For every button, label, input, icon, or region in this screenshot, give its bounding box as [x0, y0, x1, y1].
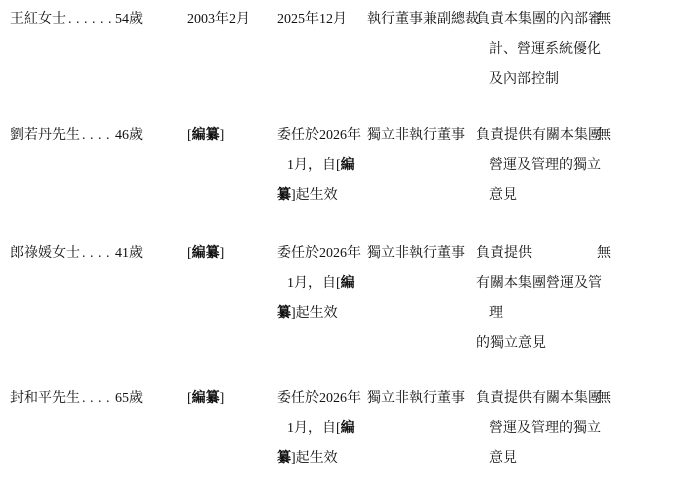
position-cell: 執行董事兼副總裁	[367, 5, 476, 35]
responsibility-line: 有關本集團營運及管	[476, 269, 597, 299]
responsibility-line: 負責本集團的內部審	[476, 5, 597, 35]
appointment-date-cell: 委任於2026年 1月，自[編 纂]起生效	[277, 384, 367, 474]
leader-dots: ....	[82, 128, 114, 143]
appointment-line: 委任於2026年	[277, 239, 367, 269]
redacted-placeholder: 編纂	[192, 246, 220, 261]
responsibility-line: 負責提供有關本集團	[476, 384, 597, 414]
responsibility-line: 的獨立意見	[476, 329, 597, 359]
other-cell: 無	[597, 239, 686, 269]
director-age: 54歲	[115, 5, 187, 35]
date-joined-cell: [編纂]	[187, 239, 277, 269]
table-row: 王紅女士...... 54歲 2003年2月 2025年12月 執行董事兼副總裁…	[0, 5, 686, 95]
director-name: 郎祿媛女士....	[10, 239, 115, 269]
director-name-text: 劉若丹先生	[10, 128, 80, 143]
redacted-placeholder: 纂	[277, 306, 291, 321]
date-joined-cell: [編纂]	[187, 121, 277, 151]
responsibility-line: 負責提供	[476, 239, 597, 269]
bracket-close: ]	[220, 128, 225, 143]
appointment-text: ]起生效	[291, 451, 338, 466]
appointment-line: 纂]起生效	[277, 181, 367, 211]
responsibilities-cell: 負責提供有關本集團 營運及管理的獨立 意見	[476, 121, 597, 211]
directors-table-page: 王紅女士...... 54歲 2003年2月 2025年12月 執行董事兼副總裁…	[0, 0, 686, 487]
appointment-text: 1月，自[	[287, 421, 341, 436]
director-age: 46歲	[115, 121, 187, 151]
responsibility-line: 理	[476, 299, 597, 329]
responsibility-line: 計、營運系統優化	[476, 35, 597, 65]
leader-dots: ....	[82, 391, 114, 406]
director-name-text: 郎祿媛女士	[10, 246, 80, 261]
table-row: 劉若丹先生.... 46歲 [編纂] 委任於2026年 1月，自[編 纂]起生效…	[0, 121, 686, 211]
redacted-placeholder: 編纂	[192, 128, 220, 143]
director-age: 65歲	[115, 384, 187, 414]
appointment-text: ]起生效	[291, 306, 338, 321]
redacted-placeholder: 纂	[277, 188, 291, 203]
position-cell: 獨立非執行董事	[367, 121, 476, 151]
responsibility-line: 營運及管理的獨立	[476, 151, 597, 181]
director-name: 封和平先生....	[10, 384, 115, 414]
responsibilities-cell: 負責本集團的內部審 計、營運系統優化 及內部控制	[476, 5, 597, 95]
responsibility-line: 營運及管理的獨立	[476, 414, 597, 444]
director-name: 王紅女士......	[10, 5, 115, 35]
responsibility-line: 負責提供有關本集團	[476, 121, 597, 151]
appointment-date-cell: 委任於2026年 1月，自[編 纂]起生效	[277, 239, 367, 329]
redacted-placeholder: 編	[341, 158, 355, 173]
appointment-date-cell: 2025年12月	[277, 5, 367, 35]
table-row: 封和平先生.... 65歲 [編纂] 委任於2026年 1月，自[編 纂]起生效…	[0, 384, 686, 474]
redacted-placeholder: 纂	[277, 451, 291, 466]
director-name-text: 王紅女士	[10, 12, 66, 27]
appointment-line: 委任於2026年	[277, 121, 367, 151]
appointment-text: ]起生效	[291, 188, 338, 203]
redacted-placeholder: 編	[341, 421, 355, 436]
other-cell: 無	[597, 121, 686, 151]
position-cell: 獨立非執行董事	[367, 239, 476, 269]
date-joined-cell: 2003年2月	[187, 5, 277, 35]
director-age: 41歲	[115, 239, 187, 269]
leader-dots: ....	[82, 246, 114, 261]
director-name: 劉若丹先生....	[10, 121, 115, 151]
appointment-text: 1月，自[	[287, 276, 341, 291]
bracket-close: ]	[220, 391, 225, 406]
appointment-line: 纂]起生效	[277, 444, 367, 474]
responsibility-line: 及內部控制	[476, 65, 597, 95]
responsibility-line: 意見	[476, 444, 597, 474]
appointment-line: 1月，自[編	[277, 269, 367, 299]
redacted-placeholder: 編	[341, 276, 355, 291]
leader-dots: ......	[68, 12, 116, 27]
appointment-line: 委任於2026年	[277, 384, 367, 414]
table-row: 郎祿媛女士.... 41歲 [編纂] 委任於2026年 1月，自[編 纂]起生效…	[0, 239, 686, 359]
appointment-line: 1月，自[編	[277, 151, 367, 181]
bracket-close: ]	[220, 246, 225, 261]
appointment-line: 1月，自[編	[277, 414, 367, 444]
other-cell: 無	[597, 384, 686, 414]
appointment-line: 纂]起生效	[277, 299, 367, 329]
director-name-text: 封和平先生	[10, 391, 80, 406]
other-cell: 無	[597, 5, 686, 35]
appointment-text: 1月，自[	[287, 158, 341, 173]
position-cell: 獨立非執行董事	[367, 384, 476, 414]
responsibilities-cell: 負責提供 有關本集團營運及管 理 的獨立意見	[476, 239, 597, 359]
responsibilities-cell: 負責提供有關本集團 營運及管理的獨立 意見	[476, 384, 597, 474]
redacted-placeholder: 編纂	[192, 391, 220, 406]
responsibility-line: 意見	[476, 181, 597, 211]
appointment-date-cell: 委任於2026年 1月，自[編 纂]起生效	[277, 121, 367, 211]
date-joined-cell: [編纂]	[187, 384, 277, 414]
